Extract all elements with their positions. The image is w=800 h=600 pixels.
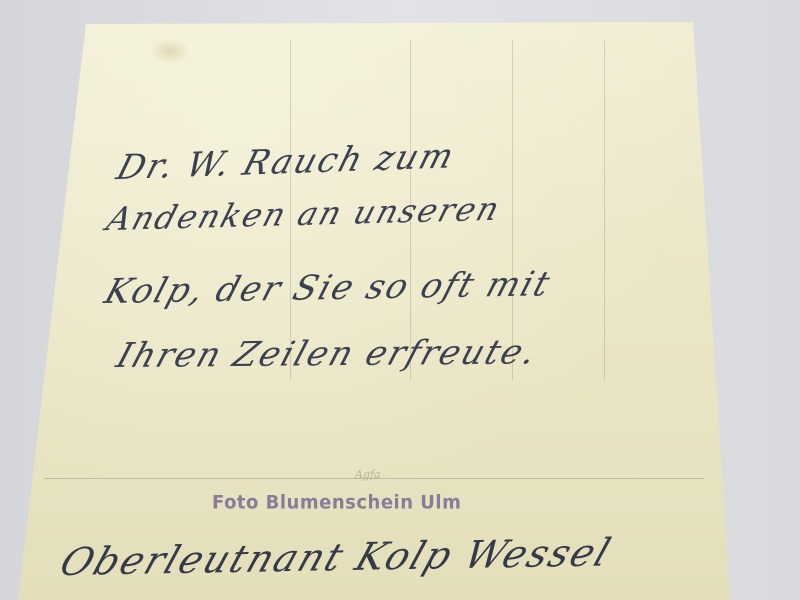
faint-vertical-rule	[512, 40, 513, 380]
postcard: Dr. W. Rauch zum Andenken an unseren Kol…	[0, 0, 800, 600]
photographer-stamp: Foto Blumenschein Ulm	[212, 491, 461, 513]
paper-stain	[150, 38, 190, 64]
handwriting-line-3: Kolp, der Sie so oft mit	[100, 264, 557, 312]
faint-vertical-rule	[604, 40, 605, 380]
printed-agfa-mark: Agfa	[355, 468, 381, 481]
handwriting-line-4: Ihren Zeilen erfreute.	[112, 332, 543, 376]
